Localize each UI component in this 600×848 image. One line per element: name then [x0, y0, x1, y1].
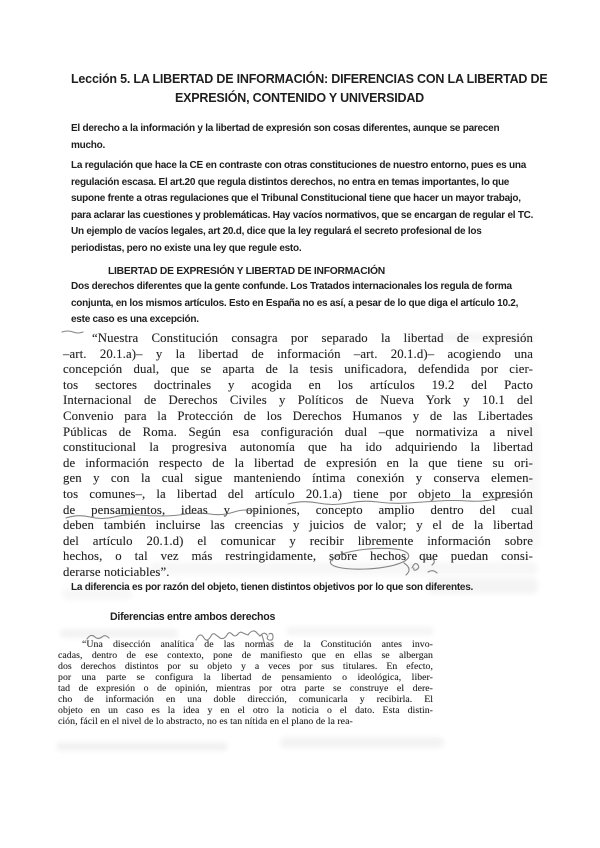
- text-line: ción, fácil en el nivel de lo abstracto,…: [58, 716, 433, 727]
- text-line: regulación escasa. El art.20 que regula …: [71, 175, 541, 192]
- section1-paragraph: Dos derechos diferentes que la gente con…: [71, 279, 541, 329]
- text-line: mucho.: [71, 138, 541, 155]
- text-line: La regulación que hace la CE en contrast…: [71, 158, 541, 175]
- text-line: para aclarar las cuestiones y problemáti…: [71, 208, 541, 225]
- text-line: constitucional la progresiva autonomía q…: [63, 440, 533, 456]
- scanned-excerpt-1: “Nuestra Constitución consagra por separ…: [63, 331, 533, 581]
- text-line: este caso es una excepción.: [71, 312, 541, 329]
- text-line: dos derechos distintos por su objeto y a…: [58, 661, 433, 672]
- text-line: Un ejemplo de vacíos legales, art 20.d, …: [71, 224, 541, 241]
- text-line: Dos derechos diferentes que la gente con…: [71, 279, 541, 296]
- text-line: “Nuestra Constitución consagra por separ…: [63, 331, 533, 347]
- text-line: concepción dual, que se aparta de la tes…: [63, 362, 533, 378]
- note-after-excerpt-1: La diferencia es por razón del objeto, t…: [71, 580, 541, 597]
- text-line: del artículo 20.1.d) el comunicar y reci…: [63, 534, 533, 550]
- text-line: hechos, o tal vez más restringidamente, …: [63, 549, 533, 565]
- text-line: periodistas, pero no existe una ley que …: [71, 241, 541, 258]
- text-line: Internacional de Derechos Civiles y Polí…: [63, 393, 533, 409]
- text-line: objeto en un caso es la idea y en el otr…: [58, 705, 433, 716]
- text-line: EXPRESIÓN, CONTENIDO Y UNIVERSIDAD: [71, 89, 528, 108]
- text-line: de información respecto de la libertad d…: [63, 456, 533, 472]
- text-line: La diferencia es por razón del objeto, t…: [71, 580, 541, 597]
- text-line: “Una disección analítica de las normas d…: [58, 639, 433, 650]
- text-line: supone frente a otras regulaciones que e…: [71, 191, 541, 208]
- scan-smudge: [286, 627, 434, 635]
- text-line: conjunta, en los mismos artículos. Esto …: [71, 296, 541, 313]
- intro-paragraph-1: El derecho a la información y la liberta…: [71, 121, 541, 154]
- document-page: Lección 5. LA LIBERTAD DE INFORMACIÓN: D…: [0, 0, 600, 848]
- text-line: cho de información en una doble direcció…: [58, 694, 433, 705]
- text-line: Públicas de Roma. Según esa configuració…: [63, 425, 533, 441]
- text-line: por una parte se configura la libertad d…: [58, 672, 433, 683]
- scan-smudge: [280, 737, 444, 748]
- text-line: tos sectores doctrinales y acogida en lo…: [63, 378, 533, 394]
- scan-smudge: [60, 629, 178, 638]
- text-line: Lección 5. LA LIBERTAD DE INFORMACIÓN: D…: [71, 70, 528, 89]
- text-line: tos comunes–, la libertad del artículo 2…: [63, 487, 533, 503]
- text-line: de pensamientos, ideas y opiniones, conc…: [63, 503, 533, 519]
- scan-smudge: [56, 742, 228, 751]
- section-heading-diferencias: Diferencias entre ambos derechos: [110, 609, 275, 626]
- text-line: El derecho a la información y la liberta…: [71, 121, 541, 138]
- text-line: Convenio para la Protección de los Derec…: [63, 409, 533, 425]
- text-line: tad de expresión o de opinión, mientras …: [58, 683, 433, 694]
- text-line: cadas, dentro de ese contexto, pone de m…: [58, 650, 433, 661]
- text-line: deben también incluirse las creencias y …: [63, 518, 533, 534]
- text-line: gen y con la cual sigue manteniendo ínti…: [63, 471, 533, 487]
- intro-paragraph-2: La regulación que hace la CE en contrast…: [71, 158, 541, 258]
- page-title: Lección 5. LA LIBERTAD DE INFORMACIÓN: D…: [71, 70, 528, 108]
- text-line: derarse noticiables”.: [63, 565, 533, 581]
- scanned-excerpt-2: “Una disección analítica de las normas d…: [58, 639, 433, 727]
- text-line: –art. 20.1.a)– y la libertad de informac…: [63, 347, 533, 363]
